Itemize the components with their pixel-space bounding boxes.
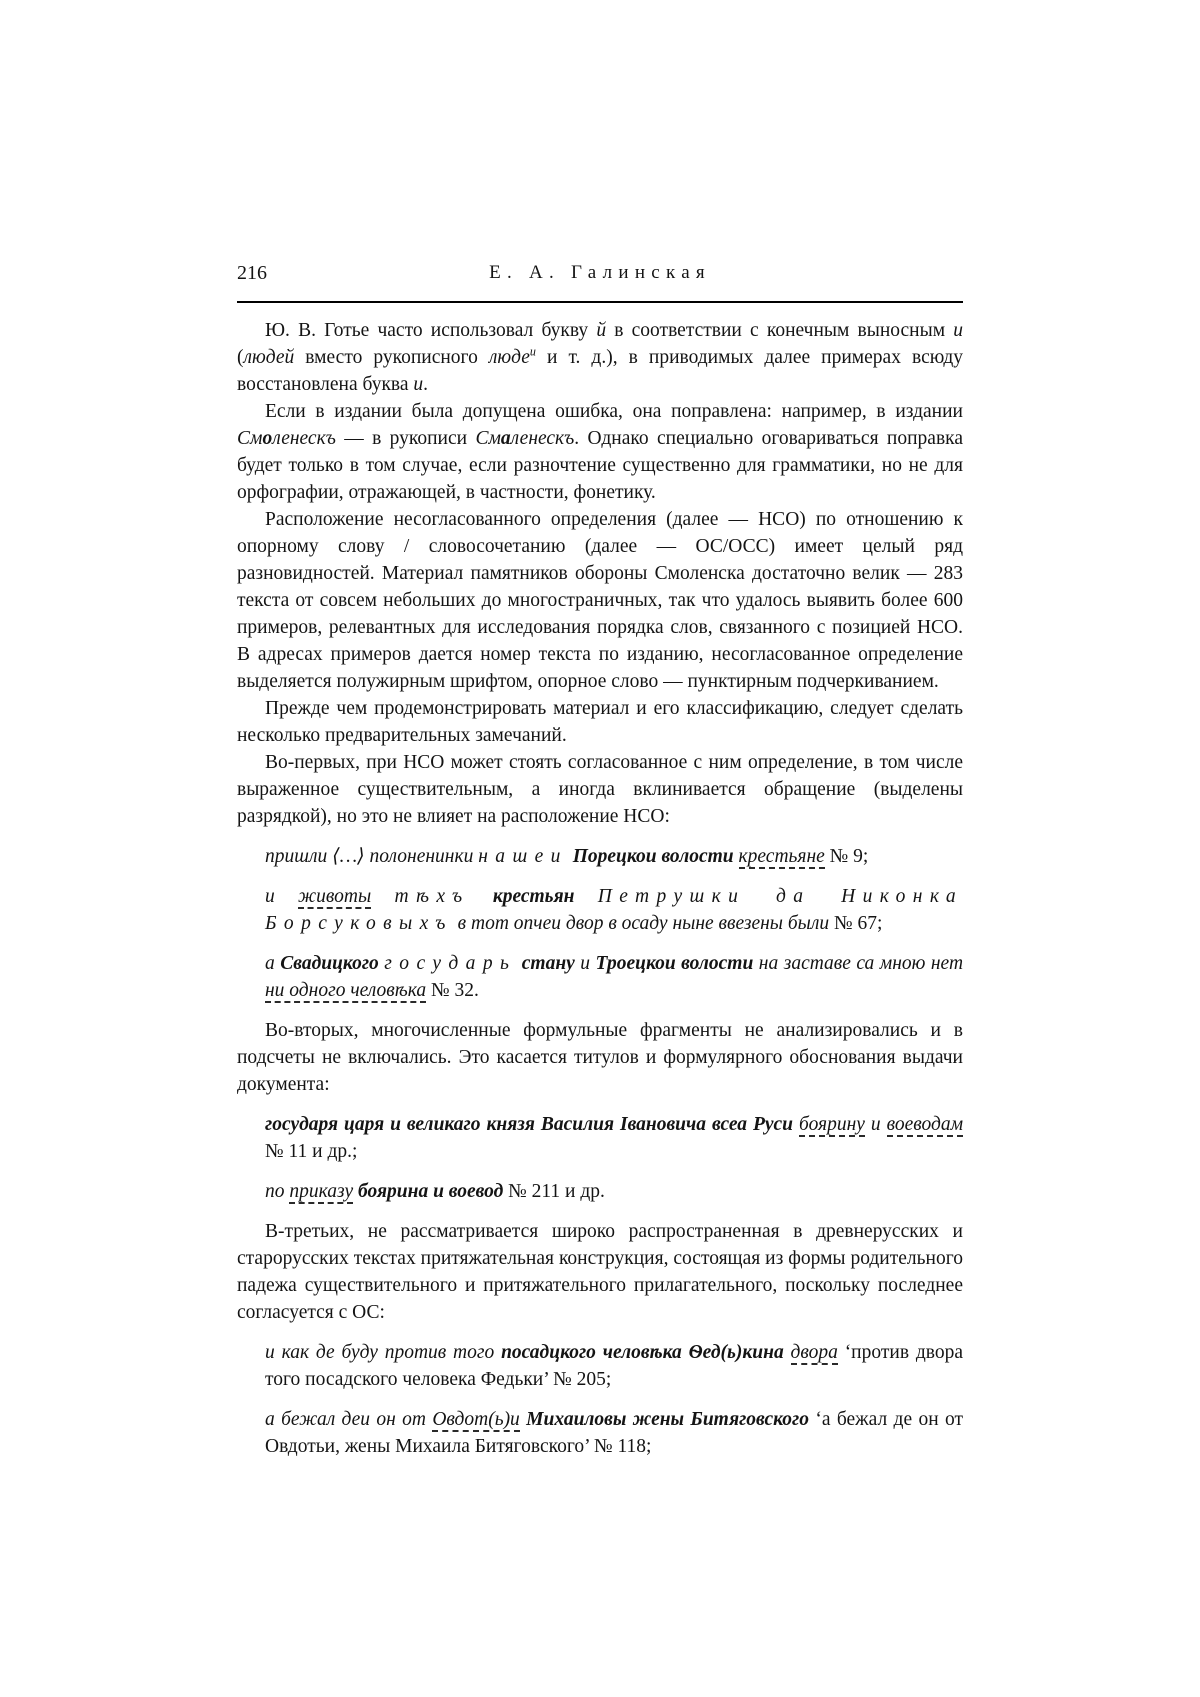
- text-segment: № 32.: [426, 980, 479, 1001]
- text-segment: В-третьих, не рассматривается широко рас…: [237, 1221, 963, 1323]
- text-segment: [734, 846, 739, 867]
- example-block: по приказу боярина и воевод № 211 и др.: [265, 1178, 963, 1205]
- text-segment: пришли ⟨…⟩ полоненинки: [265, 846, 478, 867]
- text-segment: и как де буду против того: [265, 1342, 501, 1363]
- example-block: и животы тѣхъ крестьян Петрушки да Никон…: [265, 883, 963, 937]
- text-segment: й: [596, 320, 606, 341]
- text-segment: и: [865, 1114, 887, 1135]
- body-paragraph: Во-первых, при НСО может стоять согласов…: [237, 749, 963, 830]
- text-segment: № 9;: [825, 846, 869, 867]
- text-segment: и: [575, 953, 596, 974]
- text-segment: вместо рукописного: [294, 347, 489, 368]
- page-header: 216 Е. А. Галинская: [237, 260, 963, 288]
- running-head: Е. А. Галинская: [237, 262, 963, 284]
- example-block: а Свадицкого государь стану и Троецкои в…: [265, 950, 963, 1004]
- text-segment: тѣхъ: [394, 886, 469, 907]
- text-segment: [574, 886, 597, 907]
- text-segment: а: [501, 428, 511, 449]
- text-segment: приказу: [289, 1181, 353, 1204]
- text-segment: № 211 и др.: [503, 1181, 605, 1202]
- text-segment: Порецкои волости: [573, 846, 734, 867]
- text-segment: Овдот(ь)и: [432, 1409, 519, 1432]
- text-segment: и: [265, 886, 298, 907]
- text-segment: Если в издании была допущена ошибка, она…: [265, 401, 963, 422]
- text-segment: Расположение несогласованного определени…: [237, 509, 963, 692]
- example-block: и как де буду против того посадцкого чел…: [265, 1339, 963, 1393]
- text-segment: государь: [384, 953, 516, 974]
- text-segment: животы: [298, 886, 371, 909]
- text-segment: людей: [244, 347, 295, 368]
- body-paragraph: Во-вторых, многочисленные формульные фра…: [237, 1017, 963, 1098]
- body-paragraph: Ю. В. Готье часто использовал букву й в …: [237, 317, 963, 398]
- example-block: пришли ⟨…⟩ полоненинки нашеи Порецкои во…: [265, 843, 963, 870]
- text-segment: и: [413, 374, 423, 395]
- page-content: 216 Е. А. Галинская Ю. В. Готье часто ис…: [237, 260, 963, 1473]
- text-segment: — в рукописи: [336, 428, 476, 449]
- text-segment: Прежде чем продемонстрировать материал и…: [237, 698, 963, 746]
- text-segment: Во-первых, при НСО может стоять согласов…: [237, 752, 963, 827]
- text-segment: Троецкои волости: [596, 953, 754, 974]
- text-segment: на заставе са мною нет: [753, 953, 963, 974]
- text-segment: ленескъ: [511, 428, 575, 449]
- text-segment: боярина и воевод: [358, 1181, 503, 1202]
- text-segment: о: [262, 428, 272, 449]
- text-segment: [784, 1342, 791, 1363]
- body-paragraph: Расположение несогласованного определени…: [237, 506, 963, 695]
- body-paragraph: Прежде чем продемонстрировать материал и…: [237, 695, 963, 749]
- example-block: государя царя и великаго князя Василия І…: [265, 1111, 963, 1165]
- text-segment: боярину: [799, 1114, 865, 1137]
- text-segment: воеводам: [887, 1114, 963, 1137]
- text-segment: № 67;: [834, 913, 882, 934]
- body-text: Ю. В. Готье часто использовал букву й в …: [237, 317, 963, 1460]
- text-segment: стану: [522, 953, 575, 974]
- text-segment: Во-вторых, многочисленные формульные фра…: [237, 1020, 963, 1095]
- document-page: 216 Е. А. Галинская Ю. В. Готье часто ис…: [0, 0, 1200, 1697]
- text-segment: Михаиловы жены Битяговского: [526, 1409, 809, 1430]
- text-segment: Свадицкого: [280, 953, 379, 974]
- header-rule: [237, 301, 963, 303]
- text-segment: ленескъ: [272, 428, 336, 449]
- text-segment: люде: [489, 347, 530, 368]
- text-segment: [371, 886, 394, 907]
- text-segment: Ю. В. Готье часто использовал букву: [265, 320, 596, 341]
- text-segment: См: [237, 428, 262, 449]
- example-block: а бежал деи он от Овдот(ь)и Михаиловы же…: [265, 1406, 963, 1460]
- text-segment: а: [265, 953, 280, 974]
- text-segment: нашеи: [478, 846, 568, 867]
- text-segment: государя царя и великаго князя Василия І…: [265, 1114, 793, 1135]
- text-segment: а бежал деи он от: [265, 1409, 432, 1430]
- text-segment: № 11 и др.;: [265, 1141, 357, 1162]
- body-paragraph: В-третьих, не рассматривается широко рас…: [237, 1218, 963, 1326]
- text-segment: крестьян: [493, 886, 575, 907]
- body-paragraph: Если в издании была допущена ошибка, она…: [237, 398, 963, 506]
- text-segment: и: [953, 320, 963, 341]
- text-segment: .: [423, 374, 428, 395]
- text-segment: ни одного человѣка: [265, 980, 426, 1003]
- text-segment: См: [475, 428, 500, 449]
- text-segment: в тот опчеи двор в осаду ныне ввезены бы…: [453, 913, 834, 934]
- text-segment: крестьяне: [739, 846, 825, 869]
- text-segment: двора: [791, 1342, 838, 1365]
- text-segment: посадцкого человѣка Ѳед(ь)кина: [501, 1342, 784, 1363]
- text-segment: по: [265, 1181, 289, 1202]
- text-segment: [470, 886, 493, 907]
- text-segment: в соответствии с конечным выносным: [606, 320, 953, 341]
